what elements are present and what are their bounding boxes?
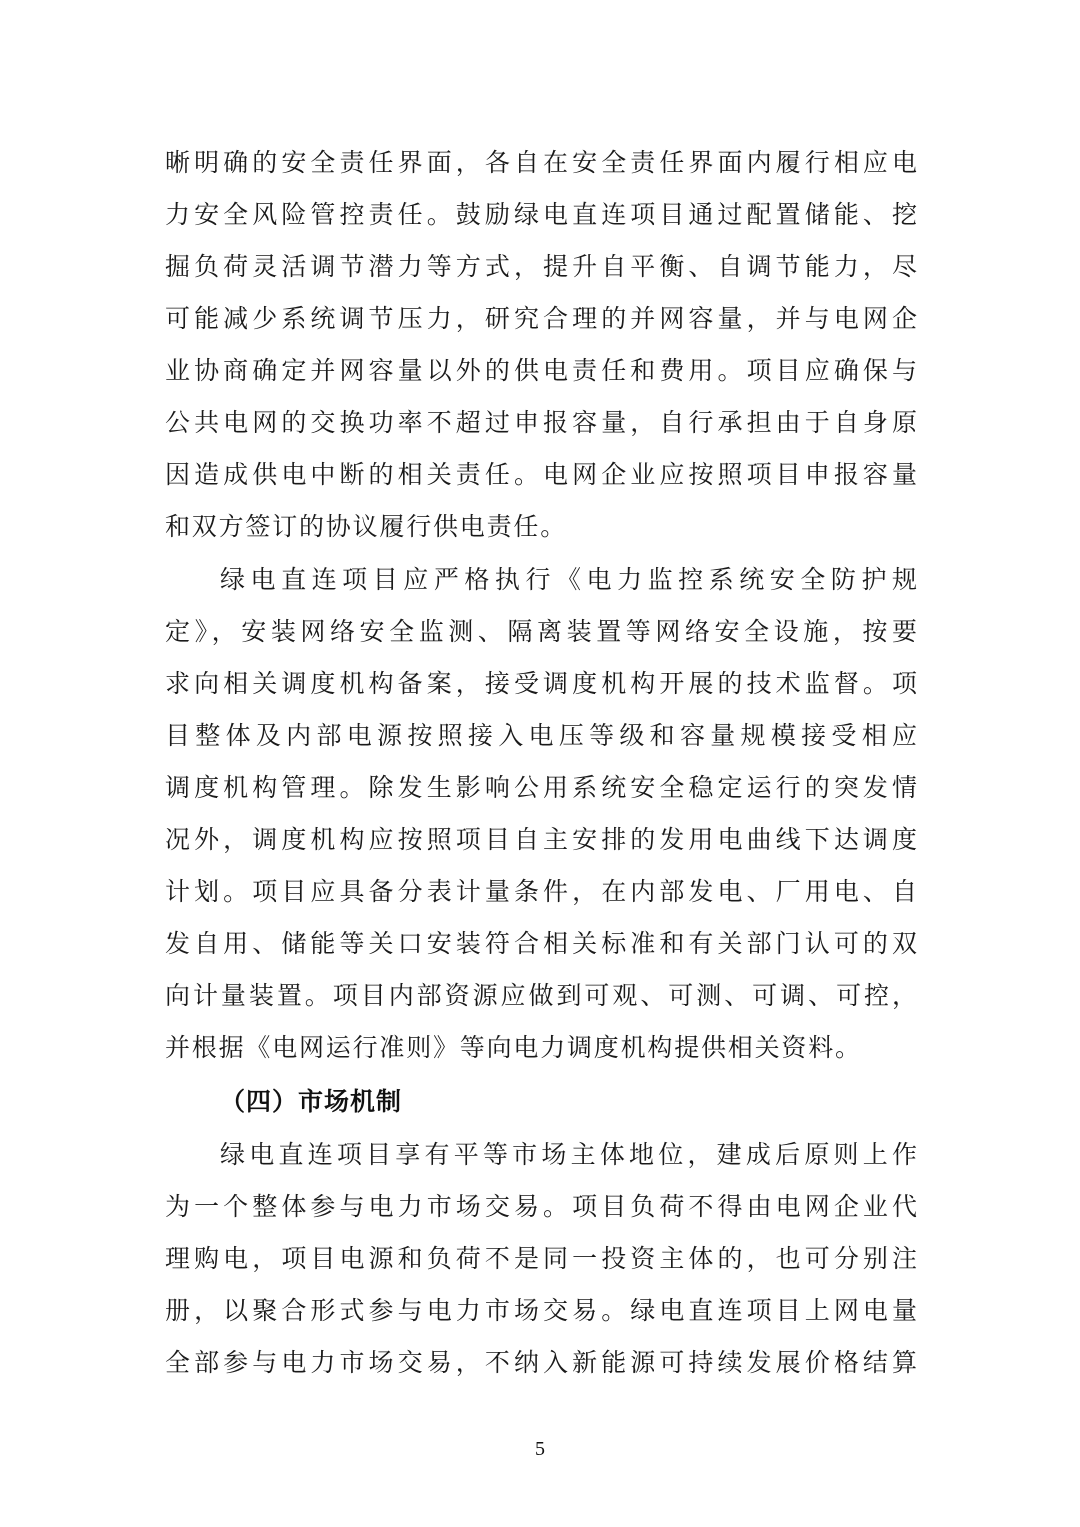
text-line: 绿电直连项目享有平等市场主体地位，建成后原则上作: [220, 1135, 917, 1175]
section-heading-market-mechanism: （四）市场机制: [220, 1082, 402, 1122]
text-line: 并根据《电网运行准则》等向电力调度机构提供相关资料。: [165, 1028, 917, 1068]
text-line: 向计量装置。项目内部资源应做到可观、可测、可调、可控，: [165, 976, 917, 1016]
text-line: 计划。项目应具备分表计量条件，在内部发电、厂用电、自: [165, 872, 917, 912]
text-line: 况外，调度机构应按照项目自主安排的发用电曲线下达调度: [165, 820, 917, 860]
page-number: 5: [0, 1438, 1080, 1461]
text-line: 全部参与电力市场交易，不纳入新能源可持续发展价格结算: [165, 1343, 917, 1383]
document-page: 晰明确的安全责任界面，各自在安全责任界面内履行相应电 力安全风险管控责任。鼓励绿…: [0, 0, 1080, 1527]
text-line: 调度机构管理。除发生影响公用系统安全稳定运行的突发情: [165, 768, 917, 808]
text-line: 掘负荷灵活调节潜力等方式，提升自平衡、自调节能力，尽: [165, 247, 917, 287]
text-line: 册，以聚合形式参与电力市场交易。绿电直连项目上网电量: [165, 1291, 917, 1331]
text-line: 力安全风险管控责任。鼓励绿电直连项目通过配置储能、挖: [165, 195, 917, 235]
text-line: 求向相关调度机构备案，接受调度机构开展的技术监督。项: [165, 664, 917, 704]
text-line: 发自用、储能等关口安装符合相关标准和有关部门认可的双: [165, 924, 917, 964]
text-line: 公共电网的交换功率不超过申报容量，自行承担由于自身原: [165, 403, 917, 443]
text-line: 目整体及内部电源按照接入电压等级和容量规模接受相应: [165, 716, 917, 756]
text-line: 可能减少系统调节压力，研究合理的并网容量，并与电网企: [165, 299, 917, 339]
text-line: 因造成供电中断的相关责任。电网企业应按照项目申报容量: [165, 455, 917, 495]
text-line: 业协商确定并网容量以外的供电责任和费用。项目应确保与: [165, 351, 917, 391]
text-line: 晰明确的安全责任界面，各自在安全责任界面内履行相应电: [165, 143, 917, 183]
text-line: 为一个整体参与电力市场交易。项目负荷不得由电网企业代: [165, 1187, 917, 1227]
text-line: 理购电，项目电源和负荷不是同一投资主体的，也可分别注: [165, 1239, 917, 1279]
text-line: 定》，安装网络安全监测、隔离装置等网络安全设施，按要: [165, 612, 917, 652]
text-line: 绿电直连项目应严格执行《电力监控系统安全防护规: [220, 560, 917, 600]
text-line: 和双方签订的协议履行供电责任。: [165, 507, 917, 547]
